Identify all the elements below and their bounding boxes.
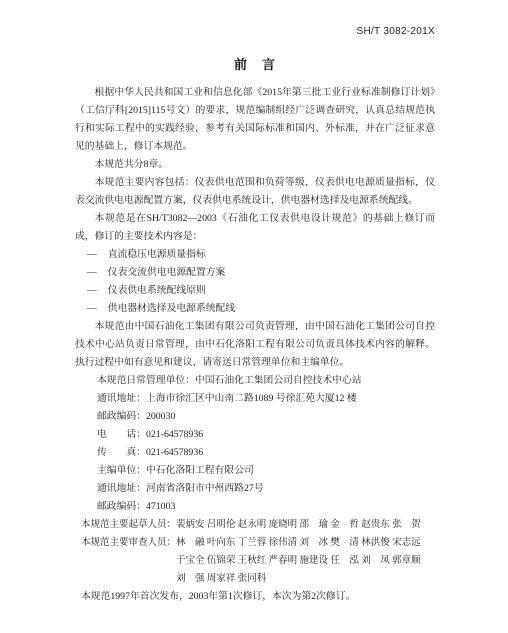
paragraph-basis: 根据中华人民共和国工业和信息化部《2015年第三批工业行业标准制修订计划》（工信… [75,84,435,156]
contact-line-postcode: 邮政编码：200030 [75,408,435,426]
paragraph-revision-history: 本规范1997年首次发布，2003年第1次修订，本次为第2次修订。 [81,588,435,606]
contact-line-address: 通讯地址：河南省洛阳市中州西路27号 [75,480,435,498]
reviewers-names: 林 融 叶向东 丁兰蓉 徐伟清 刘 冰 樊 清 林洪俊 宋志远 于宝全 伍锦荣 … [176,534,421,588]
drafters-label: 本规范主要起草人员： [81,516,176,534]
contact-line-phone: 电 话：021-64578936 [75,426,435,444]
revision-item: —仪表供电系统配线原则 [75,282,435,300]
contact-label: 传 真： [97,447,146,458]
contact-line-management-unit: 本规范日常管理单位：中国石油化工集团公司自控技术中心站 [75,372,435,390]
contact-value: 471003 [146,501,175,512]
reviewers-row: 本规范主要审查人员： 林 融 叶向东 丁兰蓉 徐伟清 刘 冰 樊 清 林洪俊 宋… [81,534,435,588]
drafters-row: 本规范主要起草人员： 裴炳安 吕明伦 赵永明 庞晓明 邵 瑜 金 哲 赵贵东 张… [81,516,435,534]
paragraph-contents: 本规范主要内容包括：仪表供电范围和负荷等级，仪表供电电源质量指标，仪表交流供电电… [75,174,435,210]
contact-value: 中国石油化工集团公司自控技术中心站 [195,375,362,386]
revision-item-text: 仪表交流供电电源配置方案 [108,267,226,278]
paragraph-chapters: 本规范共分8章。 [75,156,435,174]
contact-label: 通讯地址： [97,393,146,404]
standard-number: SH/T 3082-201X [75,26,435,37]
dash-bullet-icon: — [87,249,97,260]
contact-value: 中石化洛阳工程有限公司 [146,465,254,476]
contact-line-fax: 传 真：021-64578936 [75,444,435,462]
dash-bullet-icon: — [87,267,97,278]
paragraph-management: 本规范由中国石油化工集团有限公司负责管理，由中国石油化工集团公司自控技术中心站负… [75,318,435,372]
contact-info-block: 本规范日常管理单位：中国石油化工集团公司自控技术中心站 通讯地址：上海市徐汇区中… [75,372,435,516]
page-title: 前 言 [75,54,435,73]
dash-bullet-icon: — [87,285,97,296]
reviewers-names-line: 林 融 叶向东 丁兰蓉 徐伟清 刘 冰 樊 清 林洪俊 宋志远 [176,534,421,552]
reviewers-names-line: 于宝全 伍锦荣 王秋红 严春明 施建设 任 泓 刘 凤 郭章顺 [176,552,421,570]
reviewers-label: 本规范主要审查人员： [81,534,176,552]
drafters-names-line: 裴炳安 吕明伦 赵永明 庞晓明 邵 瑜 金 哲 赵贵东 张 贺 [176,516,421,534]
dash-bullet-icon: — [87,303,97,314]
revision-item-text: 供电器材选择及电源系统配线 [108,303,235,314]
contact-label: 本规范日常管理单位： [97,375,195,386]
drafters-names: 裴炳安 吕明伦 赵永明 庞晓明 邵 瑜 金 哲 赵贵东 张 贺 [176,516,421,534]
revision-item: —供电器材选择及电源系统配线 [75,300,435,318]
revision-item: —直流稳压电源质量指标 [75,246,435,264]
revision-item-text: 仪表供电系统配线原则 [108,285,206,296]
paragraph-revision-intro: 本规范是在SH/T3082—2003《石油化工仪表供电设计规范》的基础上修订而成… [75,210,435,246]
contact-value: 200030 [146,411,175,422]
revision-item-text: 直流稳压电源质量指标 [108,249,206,260]
contact-label: 主编单位： [97,465,146,476]
contact-line-postcode: 邮政编码：471003 [75,498,435,516]
revision-item-list: —直流稳压电源质量指标 —仪表交流供电电源配置方案 —仪表供电系统配线原则 —供… [75,246,435,318]
contact-label: 邮政编码： [97,501,146,512]
contact-value: 上海市徐汇区中山南二路1089 号徐汇苑大厦12 楼 [146,393,357,404]
document-page: SH/T 3082-201X 前 言 根据中华人民共和国工业和信息化部《2015… [0,0,508,633]
revision-item: —仪表交流供电电源配置方案 [75,264,435,282]
personnel-block: 本规范主要起草人员： 裴炳安 吕明伦 赵永明 庞晓明 邵 瑜 金 哲 赵贵东 张… [81,516,435,588]
contact-value: 021-64578936 [146,447,203,458]
reviewers-names-line: 刘 强 周家祥 张同科 [176,570,421,588]
contact-label: 电 话： [97,429,146,440]
contact-value: 河南省洛阳市中州西路27号 [146,483,264,494]
contact-label: 邮政编码： [97,411,146,422]
contact-line-chief-editor-unit: 主编单位：中石化洛阳工程有限公司 [75,462,435,480]
contact-label: 通讯地址： [97,483,146,494]
contact-value: 021-64578936 [146,429,203,440]
document-body: 根据中华人民共和国工业和信息化部《2015年第三批工业行业标准制修订计划》（工信… [75,84,435,606]
contact-line-address: 通讯地址：上海市徐汇区中山南二路1089 号徐汇苑大厦12 楼 [75,390,435,408]
